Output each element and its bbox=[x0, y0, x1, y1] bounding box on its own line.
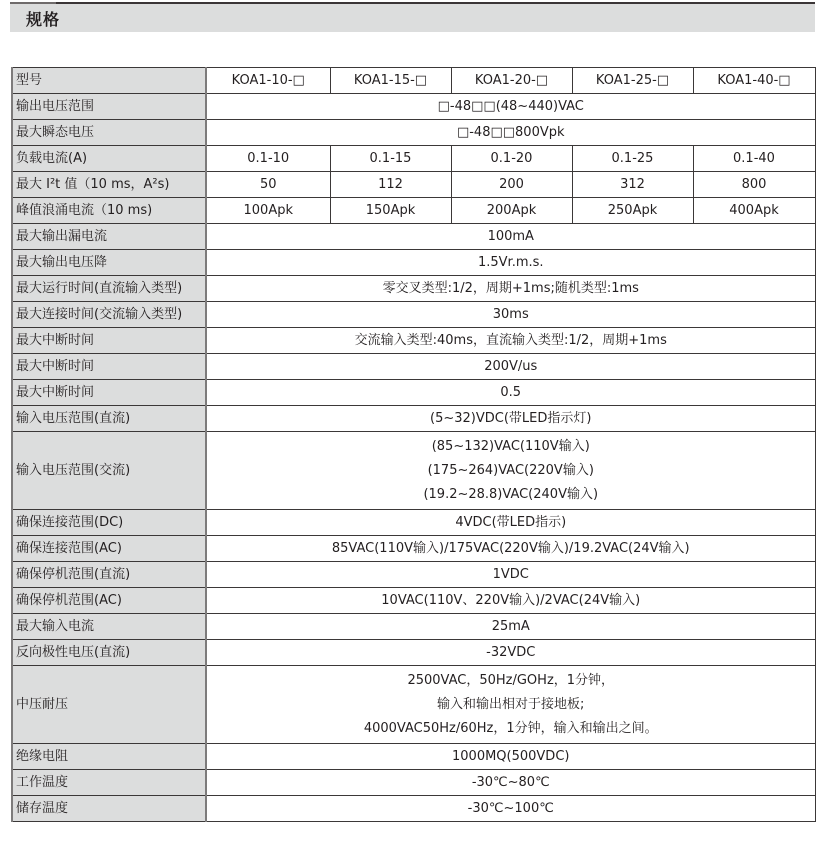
row-value: 1000MQ(500VDC) bbox=[206, 744, 815, 770]
row-cell: 0.1-20 bbox=[451, 146, 572, 172]
table-row: 中压耐压 2500VAC，50Hz/GOHz，1分钟， 输入和输出相对于接地板;… bbox=[12, 666, 815, 744]
row-value: 85VAC(110V输入)/175VAC(220V输入)/19.2VAC(24V… bbox=[206, 536, 815, 562]
row-label: 储存温度 bbox=[12, 796, 206, 822]
table-row: 确保停机范围(直流) 1VDC bbox=[12, 562, 815, 588]
row-cell: 112 bbox=[330, 172, 451, 198]
table-row: 负载电流(A) 0.1-10 0.1-15 0.1-20 0.1-25 0.1-… bbox=[12, 146, 815, 172]
section-title: 规格 bbox=[26, 7, 60, 30]
row-label: 最大 I²t 值（10 ms，A²s) bbox=[12, 172, 206, 198]
table-row: 最大运行时间(直流输入类型) 零交叉类型:1/2，周期+1ms;随机类型:1ms bbox=[12, 276, 815, 302]
model-header: KOA1-25-□ bbox=[572, 68, 693, 94]
row-value: 0.5 bbox=[206, 380, 815, 406]
table-row: 最大中断时间 交流输入类型:40ms，直流输入类型:1/2，周期+1ms bbox=[12, 328, 815, 354]
row-label: 输入电压范围(直流) bbox=[12, 406, 206, 432]
row-cell: 0.1-40 bbox=[693, 146, 815, 172]
row-label: 确保连接范围(DC) bbox=[12, 510, 206, 536]
row-label: 绝缘电阻 bbox=[12, 744, 206, 770]
model-header: KOA1-40-□ bbox=[693, 68, 815, 94]
row-cell: 200 bbox=[451, 172, 572, 198]
row-value: 交流输入类型:40ms，直流输入类型:1/2，周期+1ms bbox=[206, 328, 815, 354]
row-cell: 400Apk bbox=[693, 198, 815, 224]
row-label: 负载电流(A) bbox=[12, 146, 206, 172]
row-label: 最大输出漏电流 bbox=[12, 224, 206, 250]
row-value: (5~32)VDC(带LED指示灯) bbox=[206, 406, 815, 432]
row-cell: 100Apk bbox=[206, 198, 330, 224]
value-line: 输入和输出相对于接地板; bbox=[207, 693, 815, 717]
spec-table: 型号 KOA1-10-□ KOA1-15-□ KOA1-20-□ KOA1-25… bbox=[11, 67, 816, 822]
table-row: 最大输入电流 25mA bbox=[12, 614, 815, 640]
row-value-multiline: (85~132)VAC(110V输入) (175~264)VAC(220V输入)… bbox=[206, 432, 815, 510]
row-cell: 312 bbox=[572, 172, 693, 198]
table-row: 输入电压范围(直流) (5~32)VDC(带LED指示灯) bbox=[12, 406, 815, 432]
row-label: 最大瞬态电压 bbox=[12, 120, 206, 146]
row-label: 峰值浪涌电流（10 ms) bbox=[12, 198, 206, 224]
row-label: 反向极性电压(直流) bbox=[12, 640, 206, 666]
table-row: 输出电压范围 □-48□□(48~440)VAC bbox=[12, 94, 815, 120]
row-label: 确保停机范围(直流) bbox=[12, 562, 206, 588]
row-label: 最大输出电压降 bbox=[12, 250, 206, 276]
table-row: 最大中断时间 0.5 bbox=[12, 380, 815, 406]
value-line: (19.2~28.8)VAC(240V输入) bbox=[207, 483, 815, 507]
header-label: 型号 bbox=[12, 68, 206, 94]
model-header: KOA1-20-□ bbox=[451, 68, 572, 94]
row-label: 最大中断时间 bbox=[12, 380, 206, 406]
row-value-multiline: 2500VAC，50Hz/GOHz，1分钟， 输入和输出相对于接地板; 4000… bbox=[206, 666, 815, 744]
row-label: 确保停机范围(AC) bbox=[12, 588, 206, 614]
table-row: 最大 I²t 值（10 ms，A²s) 50 112 200 312 800 bbox=[12, 172, 815, 198]
row-value: 25mA bbox=[206, 614, 815, 640]
row-cell: 0.1-25 bbox=[572, 146, 693, 172]
value-line: (85~132)VAC(110V输入) bbox=[207, 435, 815, 459]
row-label: 工作温度 bbox=[12, 770, 206, 796]
row-cell: 200Apk bbox=[451, 198, 572, 224]
table-row: 最大连接时间(交流输入类型) 30ms bbox=[12, 302, 815, 328]
model-header: KOA1-10-□ bbox=[206, 68, 330, 94]
table-row: 确保连接范围(DC) 4VDC(带LED指示) bbox=[12, 510, 815, 536]
table-row: 峰值浪涌电流（10 ms) 100Apk 150Apk 200Apk 250Ap… bbox=[12, 198, 815, 224]
row-value: 1.5Vr.m.s. bbox=[206, 250, 815, 276]
row-value: -30℃~80℃ bbox=[206, 770, 815, 796]
row-label: 最大中断时间 bbox=[12, 328, 206, 354]
table-row: 确保连接范围(AC) 85VAC(110V输入)/175VAC(220V输入)/… bbox=[12, 536, 815, 562]
value-line: (175~264)VAC(220V输入) bbox=[207, 459, 815, 483]
table-row: 工作温度 -30℃~80℃ bbox=[12, 770, 815, 796]
table-row: 最大输出漏电流 100mA bbox=[12, 224, 815, 250]
row-cell: 250Apk bbox=[572, 198, 693, 224]
table-row: 储存温度 -30℃~100℃ bbox=[12, 796, 815, 822]
row-value: 100mA bbox=[206, 224, 815, 250]
table-row: 输入电压范围(交流) (85~132)VAC(110V输入) (175~264)… bbox=[12, 432, 815, 510]
row-value: 10VAC(110V、220V输入)/2VAC(24V输入) bbox=[206, 588, 815, 614]
table-row: 确保停机范围(AC) 10VAC(110V、220V输入)/2VAC(24V输入… bbox=[12, 588, 815, 614]
row-cell: 50 bbox=[206, 172, 330, 198]
row-value: 200V/us bbox=[206, 354, 815, 380]
row-label: 最大中断时间 bbox=[12, 354, 206, 380]
row-value: 4VDC(带LED指示) bbox=[206, 510, 815, 536]
model-header: KOA1-15-□ bbox=[330, 68, 451, 94]
row-value: □-48□□(48~440)VAC bbox=[206, 94, 815, 120]
row-label: 输入电压范围(交流) bbox=[12, 432, 206, 510]
row-value: -30℃~100℃ bbox=[206, 796, 815, 822]
table-row: 反向极性电压(直流) -32VDC bbox=[12, 640, 815, 666]
table-row: 最大输出电压降 1.5Vr.m.s. bbox=[12, 250, 815, 276]
row-value: □-48□□800Vpk bbox=[206, 120, 815, 146]
row-label: 中压耐压 bbox=[12, 666, 206, 744]
row-cell: 800 bbox=[693, 172, 815, 198]
section-title-bar: 规格 bbox=[10, 2, 815, 32]
row-value: 1VDC bbox=[206, 562, 815, 588]
row-label: 确保连接范围(AC) bbox=[12, 536, 206, 562]
row-label: 最大连接时间(交流输入类型) bbox=[12, 302, 206, 328]
row-label: 输出电压范围 bbox=[12, 94, 206, 120]
title-accent-line bbox=[10, 2, 56, 4]
row-value: -32VDC bbox=[206, 640, 815, 666]
value-line: 2500VAC，50Hz/GOHz，1分钟， bbox=[207, 669, 815, 693]
row-cell: 0.1-15 bbox=[330, 146, 451, 172]
row-value: 30ms bbox=[206, 302, 815, 328]
row-value: 零交叉类型:1/2，周期+1ms;随机类型:1ms bbox=[206, 276, 815, 302]
table-row: 最大中断时间 200V/us bbox=[12, 354, 815, 380]
table-row: 最大瞬态电压 □-48□□800Vpk bbox=[12, 120, 815, 146]
table-header-row: 型号 KOA1-10-□ KOA1-15-□ KOA1-20-□ KOA1-25… bbox=[12, 68, 815, 94]
table-row: 绝缘电阻 1000MQ(500VDC) bbox=[12, 744, 815, 770]
row-label: 最大运行时间(直流输入类型) bbox=[12, 276, 206, 302]
value-line: 4000VAC50Hz/60Hz，1分钟，输入和输出之间。 bbox=[207, 717, 815, 741]
row-cell: 0.1-10 bbox=[206, 146, 330, 172]
row-cell: 150Apk bbox=[330, 198, 451, 224]
row-label: 最大输入电流 bbox=[12, 614, 206, 640]
